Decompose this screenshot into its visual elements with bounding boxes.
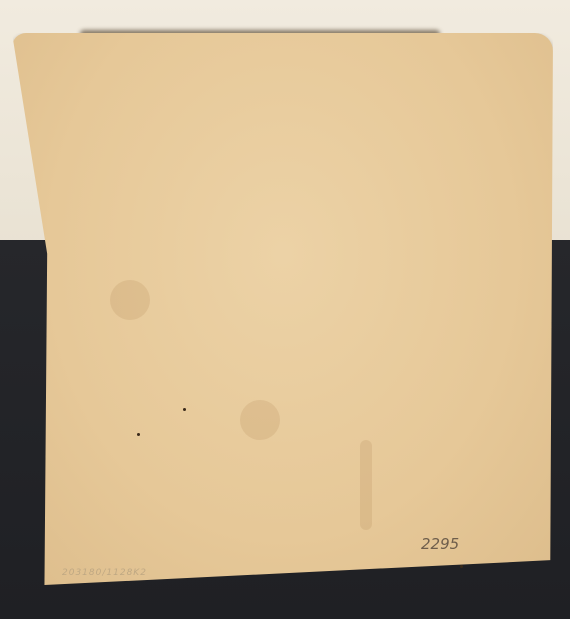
ink-spot xyxy=(137,433,140,436)
paper-stain xyxy=(110,280,150,320)
paper-stain xyxy=(240,400,280,440)
ink-spot xyxy=(460,565,463,568)
paper-stain xyxy=(360,440,372,530)
ink-spot xyxy=(183,408,186,411)
pencil-catalog-number: 2295 xyxy=(421,535,459,553)
pencil-inventory-number: 203180/1128K2 xyxy=(62,568,147,578)
paper-sheet xyxy=(12,33,553,585)
